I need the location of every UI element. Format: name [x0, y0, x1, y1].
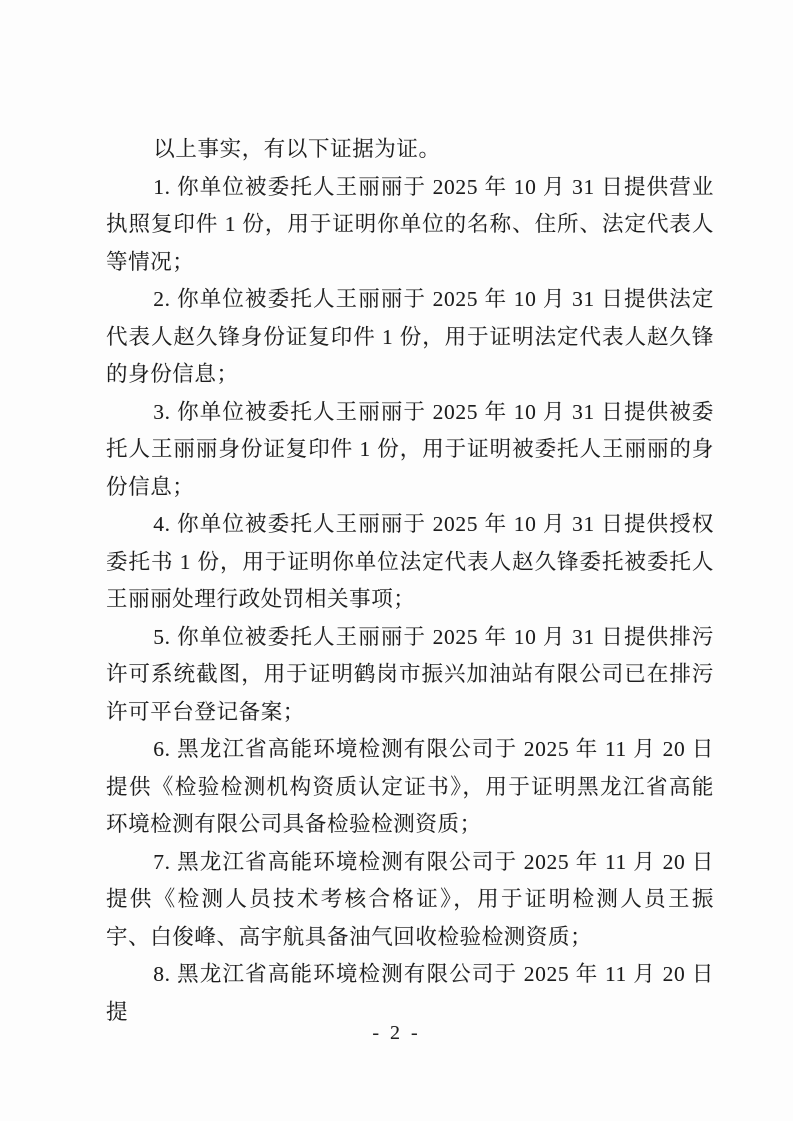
evidence-item-4: 4. 你单位被委托人王丽丽于 2025 年 10 月 31 日提供授权委托书 1…	[106, 506, 714, 619]
evidence-item-7: 7. 黑龙江省高能环境检测有限公司于 2025 年 11 月 20 日提供《检测…	[106, 844, 714, 957]
evidence-item-8: 8. 黑龙江省高能环境检测有限公司于 2025 年 11 月 20 日提	[106, 956, 714, 1031]
evidence-item-2: 2. 你单位被委托人王丽丽于 2025 年 10 月 31 日提供法定代表人赵久…	[106, 281, 714, 394]
evidence-item-1: 1. 你单位被委托人王丽丽于 2025 年 10 月 31 日提供营业执照复印件…	[106, 169, 714, 282]
page-number: - 2 -	[0, 1022, 793, 1045]
intro-paragraph: 以上事实，有以下证据为证。	[106, 131, 714, 169]
evidence-item-5: 5. 你单位被委托人王丽丽于 2025 年 10 月 31 日提供排污许可系统截…	[106, 619, 714, 732]
document-page: 以上事实，有以下证据为证。 1. 你单位被委托人王丽丽于 2025 年 10 月…	[0, 0, 793, 1121]
evidence-item-3: 3. 你单位被委托人王丽丽于 2025 年 10 月 31 日提供被委托人王丽丽…	[106, 394, 714, 507]
document-body: 以上事实，有以下证据为证。 1. 你单位被委托人王丽丽于 2025 年 10 月…	[106, 131, 714, 1031]
evidence-item-6: 6. 黑龙江省高能环境检测有限公司于 2025 年 11 月 20 日提供《检验…	[106, 731, 714, 844]
